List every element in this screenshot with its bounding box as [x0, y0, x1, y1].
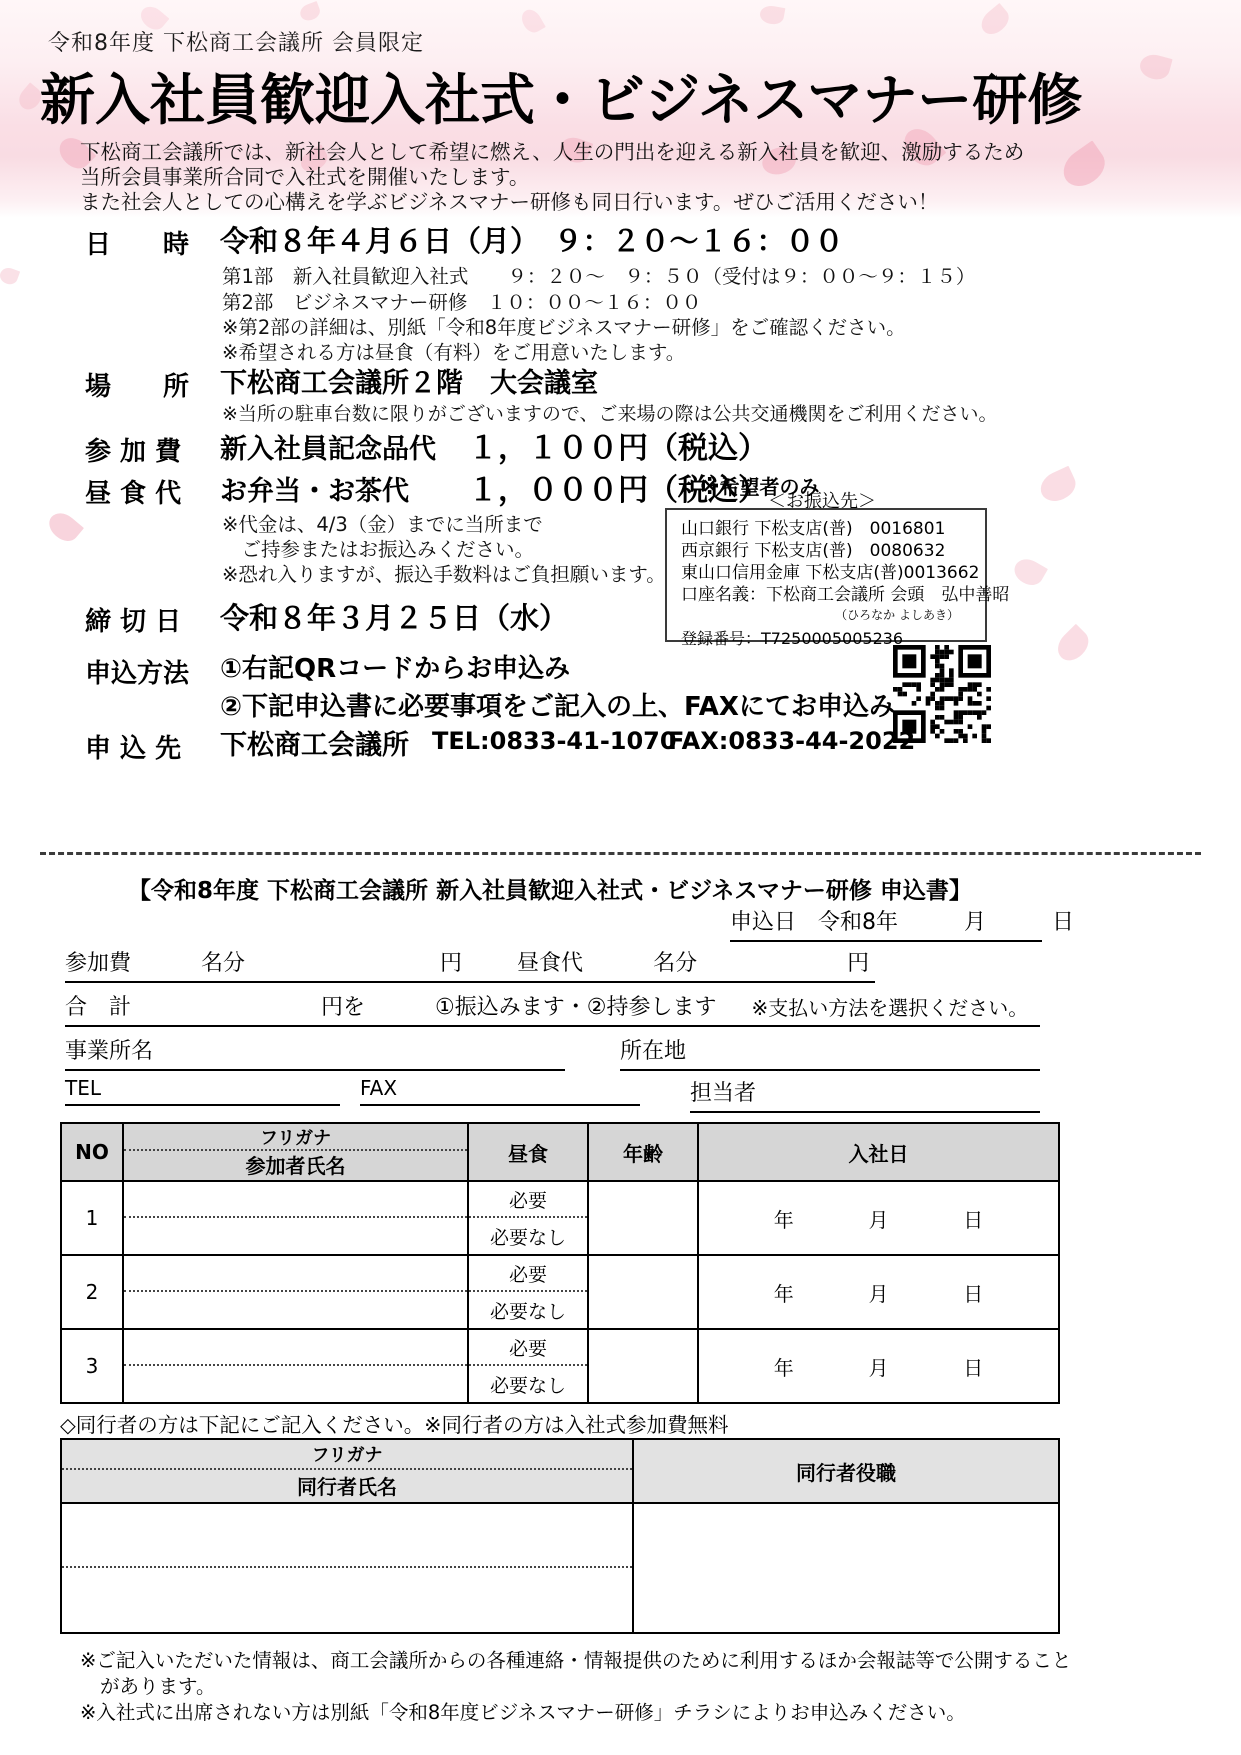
bank-box: 山口銀行 下松支店(普) 0016801 西京銀行 下松支店(普) 008063…	[665, 508, 987, 642]
row1-month: 月	[869, 1204, 889, 1233]
row3-day: 日	[963, 1352, 983, 1381]
flyer-page: 令和8年度 下松商工会議所 会員限定 新入社員歓迎入社式・ビジネスマナー研修 下…	[0, 0, 1241, 1755]
row2-name-cell	[122, 1256, 467, 1328]
fee-count-field: 参加費 名分 円 昼食代 名分 円	[65, 946, 875, 983]
row3-month: 月	[869, 1352, 889, 1381]
row1-age-cell	[587, 1182, 697, 1254]
bank-account-furigana: （ひろなか よしあき）	[681, 606, 973, 623]
bank-line-1: 山口銀行 下松支店(普) 0016801	[681, 518, 973, 540]
intro-line-3: また社会人としての心構えを学ぶビジネスマナー研修も同日行います。ぜひご活用くださ…	[80, 190, 938, 215]
row3-lunch-yes: 必要	[469, 1330, 587, 1366]
apply-to-label: 申 込 先	[85, 728, 181, 765]
lunch-label: 昼 食 代	[85, 473, 181, 510]
companion-position-cell	[632, 1504, 1058, 1632]
row2-furigana-area	[124, 1256, 467, 1292]
row3-lunch-no: 必要なし	[469, 1366, 587, 1402]
row1-furigana-area	[124, 1182, 467, 1218]
apply-to-fax: FAX:0833-44-2022	[668, 727, 915, 755]
form-lunch-unit: 名分	[653, 946, 697, 977]
participants-header-row: NO フリガナ 参加者氏名 昼食 年齢 入社日	[62, 1124, 1058, 1180]
payment-options-note: ※支払い方法を選択ください。	[751, 992, 1028, 1021]
apply-to-value: 下松商工会議所	[220, 723, 409, 762]
row2-join-date-cell: 年 月 日	[697, 1256, 1058, 1328]
form-title: 【令和8年度 下松商工会議所 新入社員歓迎入社式・ビジネスマナー研修 申込書】	[0, 872, 1100, 905]
apply-method-2: ②下記申込書に必要事項をご記入の上、FAXにてお申込み	[220, 686, 895, 723]
lunch-item: お弁当・お茶代	[220, 469, 409, 508]
form-fee-label: 参加費	[65, 946, 131, 977]
row1-name-area	[124, 1218, 467, 1254]
participant-row-1: 1 必要 必要なし 年 月 日	[62, 1180, 1058, 1254]
row2-no: 2	[62, 1256, 122, 1328]
sakura-petal	[44, 508, 84, 547]
address-label: 所在地	[620, 1034, 686, 1065]
companion-note: ◇同行者の方は下記にご記入ください。※同行者の方は入社式参加費無料	[60, 1408, 728, 1438]
row3-age-cell	[587, 1330, 697, 1402]
row2-name-area	[124, 1292, 467, 1328]
privacy-note-line2: があります。	[100, 1674, 215, 1700]
sakura-petal	[1052, 624, 1094, 666]
apply-date-label: 申込日 令和8年 月 日	[730, 905, 1074, 936]
row2-year: 年	[774, 1278, 794, 1307]
form-fee-unit: 名分	[201, 946, 245, 977]
companion-header-row: フリガナ 同行者氏名 同行者役職	[62, 1440, 1058, 1502]
row3-name-cell	[122, 1330, 467, 1402]
row1-no: 1	[62, 1182, 122, 1254]
intro-line-2: 当所会員事業所合同で入社式を開催いたします。	[80, 165, 529, 190]
fax-field: FAX	[360, 1076, 640, 1106]
companion-table: フリガナ 同行者氏名 同行者役職	[60, 1438, 1060, 1634]
companion-name-cell	[62, 1504, 632, 1632]
bank-account-name: 口座名義：下松商工会議所 会頭 弘中善昭	[681, 584, 973, 606]
row3-name-area	[124, 1366, 467, 1402]
datetime-part1: 第1部 新入社員歓迎入社式 ９：２０～ ９：５０（受付は９：００～９：１５）	[222, 261, 975, 289]
datetime-label: 日 時	[85, 224, 189, 261]
header-no: NO	[62, 1124, 122, 1180]
bank-line-2: 西京銀行 下松支店(普) 0080632	[681, 540, 973, 562]
total-label: 合 計	[65, 990, 131, 1021]
company-name-field: 事業所名	[65, 1034, 565, 1071]
place-value: 下松商工会議所２階 大会議室	[220, 361, 598, 400]
sakura-petal	[0, 265, 20, 286]
place-note: ※当所の駐車台数に限りがございますので、ご来場の際は公共交通機関をご利用ください…	[222, 399, 998, 426]
companion-name-area	[62, 1568, 632, 1632]
header-age: 年齢	[587, 1124, 697, 1180]
apply-method-1: ①右記QRコードからお申込み	[220, 648, 570, 685]
apply-method-label: 申込方法	[85, 653, 189, 690]
row1-day: 日	[963, 1204, 983, 1233]
row1-name-cell	[122, 1182, 467, 1254]
companion-header-name: フリガナ 同行者氏名	[62, 1440, 632, 1502]
tel-field: TEL	[65, 1076, 340, 1106]
eyebrow-text: 令和8年度 下松商工会議所 会員限定	[48, 26, 424, 57]
companion-furigana-label: フリガナ	[62, 1440, 632, 1470]
header-furigana: フリガナ	[124, 1124, 467, 1151]
row2-lunch-cell: 必要 必要なし	[467, 1256, 587, 1328]
participants-table: NO フリガナ 参加者氏名 昼食 年齢 入社日 1 必要 必要なし 年 月	[60, 1122, 1060, 1404]
total-field: 合 計 円を ①振込みます・②持参します ※支払い方法を選択ください。	[65, 990, 1040, 1027]
company-name-label: 事業所名	[65, 1034, 153, 1065]
row1-join-date-cell: 年 月 日	[697, 1182, 1058, 1254]
header-join-date: 入社日	[697, 1124, 1058, 1180]
row3-furigana-area	[124, 1330, 467, 1366]
row3-no: 3	[62, 1330, 122, 1402]
fee-item: 新入社員記念品代	[220, 427, 436, 466]
intro-line-1: 下松商工会議所では、新社会人として希望に燃え、人生の門出を迎える新入社員を歓迎、…	[80, 140, 1024, 165]
payment-note-3: ※恐れ入りますが、振込手数料はご負担願います。	[222, 559, 666, 587]
participant-row-2: 2 必要 必要なし 年 月 日	[62, 1254, 1058, 1328]
form-lunch-yen: 円	[847, 946, 869, 977]
deadline-label: 締 切 日	[85, 601, 181, 638]
page-title: 新入社員歓迎入社式・ビジネスマナー研修	[40, 56, 1082, 135]
companion-body-row	[62, 1502, 1058, 1632]
datetime-note1: ※第2部の詳細は、別紙「令和8年度ビジネスマナー研修」をご確認ください。	[222, 312, 906, 340]
datetime-value: 令和８年４月６日（月） ９：２０～１６：００	[220, 219, 844, 260]
row2-lunch-no: 必要なし	[469, 1292, 587, 1328]
apply-date-field: 申込日 令和8年 月 日	[730, 905, 1042, 942]
row1-year: 年	[774, 1204, 794, 1233]
place-label: 場 所	[85, 366, 189, 403]
header-lunch: 昼食	[467, 1124, 587, 1180]
row2-age-cell	[587, 1256, 697, 1328]
datetime-part2: 第2部 ビジネスマナー研修 １０：００～１６：００	[222, 287, 701, 315]
fee-price: １，１００円（税込）	[468, 423, 768, 467]
companion-furigana-area	[62, 1504, 632, 1568]
row3-year: 年	[774, 1352, 794, 1381]
companion-position-label: 同行者役職	[632, 1440, 1058, 1502]
header-participant-name: 参加者氏名	[124, 1151, 467, 1178]
contact-person-field: 担当者	[690, 1076, 1040, 1113]
contact-person-label: 担当者	[690, 1076, 756, 1107]
row2-day: 日	[963, 1278, 983, 1307]
sakura-petal	[1036, 466, 1080, 507]
form-fee-yen: 円	[440, 946, 462, 977]
row2-lunch-yes: 必要	[469, 1256, 587, 1292]
tel-label: TEL	[65, 1076, 101, 1100]
row1-lunch-yes: 必要	[469, 1182, 587, 1218]
row1-lunch-cell: 必要 必要なし	[467, 1182, 587, 1254]
companion-name-label: 同行者氏名	[62, 1470, 632, 1500]
attendance-note: ※入社式に出席されない方は別紙「令和8年度ビジネスマナー研修」チラシによりお申込…	[80, 1700, 966, 1726]
total-yen: 円を	[321, 990, 365, 1021]
privacy-note-line1: ※ご記入いただいた情報は、商工会議所からの各種連絡・情報提供のために利用するほか…	[80, 1648, 1071, 1674]
cut-line	[40, 852, 1201, 855]
payment-note-2: ご持参またはお振込みください。	[222, 534, 534, 562]
row2-month: 月	[869, 1278, 889, 1307]
row1-lunch-no: 必要なし	[469, 1218, 587, 1254]
deadline-value: 令和８年３月２５日（水）	[220, 596, 568, 637]
fee-label: 参 加 費	[85, 431, 181, 468]
header-name: フリガナ 参加者氏名	[122, 1124, 467, 1180]
payment-options: ①振込みます・②持参します	[435, 990, 716, 1021]
sakura-petal	[1010, 554, 1048, 590]
participant-row-3: 3 必要 必要なし 年 月 日	[62, 1328, 1058, 1402]
form-lunch-label: 昼食代	[517, 946, 583, 977]
fax-label: FAX	[360, 1076, 397, 1100]
address-field: 所在地	[620, 1034, 1040, 1071]
bank-line-3: 東山口信用金庫 下松支店(普)0013662	[681, 562, 973, 584]
row3-lunch-cell: 必要 必要なし	[467, 1330, 587, 1402]
apply-to-tel: TEL:0833-41-1070	[432, 727, 677, 755]
payment-note-1: ※代金は、4/3（金）までに当所まで	[222, 509, 543, 537]
row3-join-date-cell: 年 月 日	[697, 1330, 1058, 1402]
